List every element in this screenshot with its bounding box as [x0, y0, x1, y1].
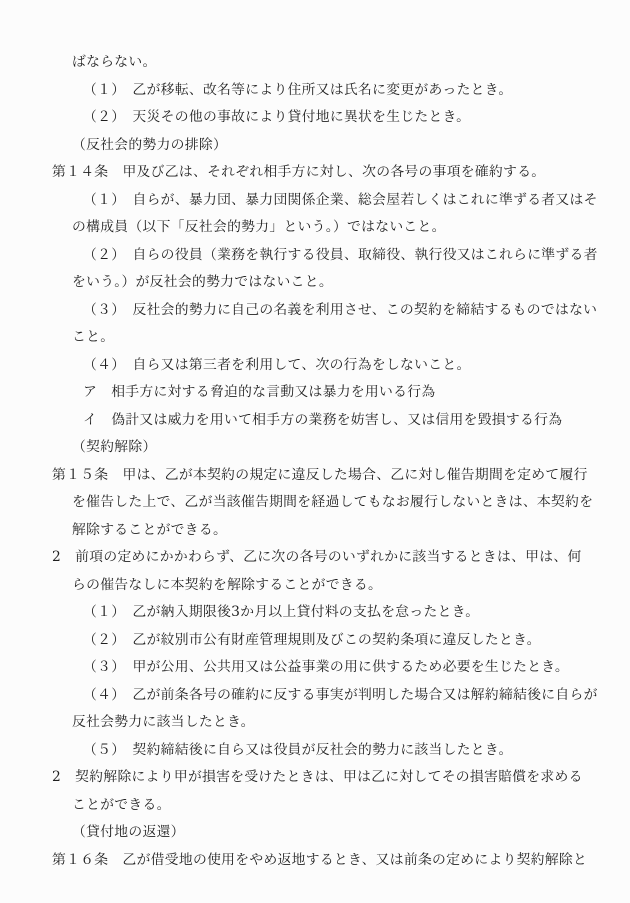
text-line-item: （３） 反社会的勢力に自己の名義を利用させ、この契約を締結するものではない — [52, 297, 604, 325]
paragraph-line: 2 前項の定めにかかわらず、乙に次の各号のいずれかに該当するときは、甲は、何 — [52, 544, 604, 572]
text-line-subitem: イ 偽計又は威力を用いて相手方の業務を妨害し、又は信用を毀損する行為 — [52, 407, 604, 435]
section-heading: （貸付地の返還） — [52, 819, 604, 847]
text-line: ことができる。 — [52, 792, 604, 820]
text-line: こと。 — [52, 324, 604, 352]
text-line-item: （１） 乙が移転、改名等により住所又は氏名に変更があったとき。 — [52, 77, 604, 105]
text-line: 解除することができる。 — [52, 517, 604, 545]
text-line-subitem: ア 相手方に対する脅迫的な言動又は暴力を用いる行為 — [52, 379, 604, 407]
text-line: を催告した上で、乙が当該催告期間を経過してもなお履行しないときは、本契約を — [52, 489, 604, 517]
text-line-item: （１） 乙が納入期限後3か月以上貸付料の支払を怠ったとき。 — [52, 599, 604, 627]
text-line-item: （１） 自らが、暴力団、暴力団関係企業、総会屋若しくはこれに準ずる者又はそ — [52, 187, 604, 215]
text-line-item: （５） 契約締結後に自ら又は役員が反社会的勢力に該当したとき。 — [52, 737, 604, 765]
text-line: の構成員（以下「反社会的勢力」という。）ではないこと。 — [52, 214, 604, 242]
article-line: 第１４条 甲及び乙は、それぞれ相手方に対し、次の各号の事項を確約する。 — [52, 159, 604, 187]
text-line-item: （４） 乙が前条各号の確約に反する事実が判明した場合又は解約締結後に自らが — [52, 682, 604, 710]
section-heading: （契約解除） — [52, 434, 604, 462]
text-line-item: （３） 甲が公用、公共用又は公益事業の用に供するため必要を生じたとき。 — [52, 654, 604, 682]
text-line-item: （２） 天災その他の事故により貸付地に異状を生じたとき。 — [52, 104, 604, 132]
text-line: をいう。）が反社会的勢力ではないこと。 — [52, 269, 604, 297]
text-line-item: （４） 自ら又は第三者を利用して、次の行為をしないこと。 — [52, 352, 604, 380]
text-line: ばならない。 — [52, 49, 604, 77]
article-line: 第１５条 甲は、乙が本契約の規定に違反した場合、乙に対し催告期間を定めて履行 — [52, 462, 604, 490]
text-line-item: （２） 乙が紋別市公有財産管理規則及びこの契約条項に違反したとき。 — [52, 627, 604, 655]
text-line: らの催告なしに本契約を解除することができる。 — [52, 572, 604, 600]
article-line: 第１６条 乙が借受地の使用をやめ返地するとき、又は前条の定めにより契約解除と — [52, 847, 604, 875]
section-heading: （反社会的勢力の排除） — [52, 132, 604, 160]
text-line: 反社会勢力に該当したとき。 — [52, 709, 604, 737]
text-line-item: （２） 自らの役員（業務を執行する役員、取締役、執行役又はこれらに準ずる者 — [52, 242, 604, 270]
contract-document-page: ばならない。 （１） 乙が移転、改名等により住所又は氏名に変更があったとき。 （… — [0, 0, 630, 903]
paragraph-line: 2 契約解除により甲が損害を受けたときは、甲は乙に対してその損害賠償を求める — [52, 764, 604, 792]
